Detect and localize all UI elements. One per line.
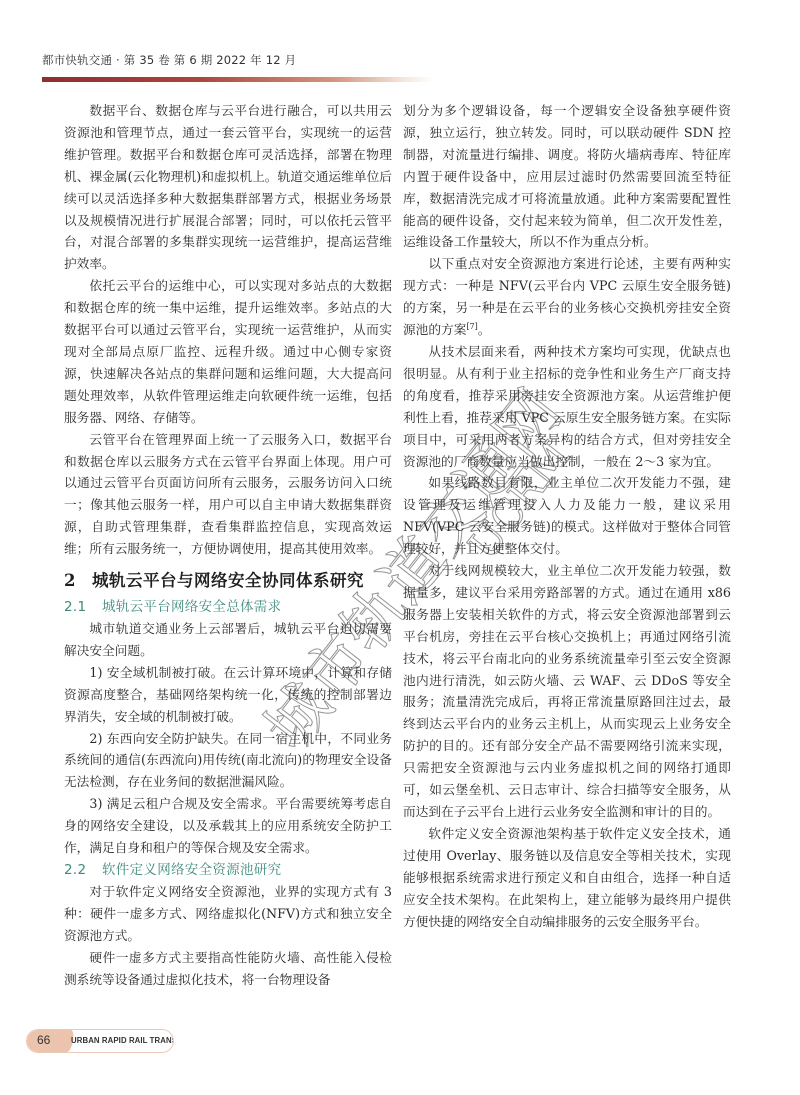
subsection-number: 2.2 [64,859,102,881]
paragraph: 从技术层面来看，两种技术方案均可实现，优缺点也很明显。从有利于业主招标的竞争性和… [403,341,731,472]
journal-name-en: URBAN RAPID RAIL TRANSIT [71,1030,174,1051]
subsection-title: 城轨云平台网络安全总体需求 [102,599,281,615]
running-head: 都市快轨交通 · 第 35 卷 第 6 期 2022 年 12 月 [42,52,296,68]
list-item: 1) 安全域机制被打破。在云计算环境中，计算和存储资源高度整合，基础网络架构统一… [64,662,392,728]
section-number: 2 [64,568,92,594]
subsection-heading-2-1: 2.1城轨云平台网络安全总体需求 [64,596,392,618]
paragraph: 硬件一虚多方式主要指高性能防火墙、高性能入侵检测系统等设备通过虚拟化技术，将一台… [64,947,392,991]
list-item: 2) 东西向安全防护缺失。在同一宿主机中，不同业务系统间的通信(东西流向)用传统… [64,728,392,794]
paragraph: 软件定义安全资源池架构基于软件定义安全技术，通过使用 Overlay、服务链以及… [403,823,731,933]
section-title: 城轨云平台与网络安全协同体系研究 [92,571,364,590]
paragraph: 云管平台在管理界面上统一了云服务入口，数据平台和数据仓库以云服务方式在云管平台界… [64,429,392,560]
paragraph: 依托云平台的运维中心，可以实现对多站点的大数据和数据仓库的统一集中运维，提升运维… [64,275,392,428]
section-heading-2: 2城轨云平台与网络安全协同体系研究 [64,568,392,594]
citation-ref[interactable]: [7] [466,322,477,331]
right-column: 划分为多个逻辑设备，每一个逻辑安全设备独享硬件资源，独立运行，独立转发。同时，可… [403,100,731,932]
paragraph: 对于软件定义网络安全资源池，业界的实现方式有 3 种：硬件一虚多方式、网络虚拟化… [64,881,392,947]
paragraph-continued: 划分为多个逻辑设备，每一个逻辑安全设备独享硬件资源，独立运行，独立转发。同时，可… [403,100,731,253]
list-item: 3) 满足云租户合规及安全需求。平台需要统筹考虑自身的网络安全建设，以及承载其上… [64,793,392,859]
subsection-heading-2-2: 2.2软件定义网络安全资源池研究 [64,859,392,881]
subsection-number: 2.1 [64,596,102,618]
page-number: 66 [27,1030,65,1052]
paragraph-end: 。 [478,322,491,337]
paragraph: 对于线网规模较大，业主单位二次开发能力较强，数据量多，建议平台采用旁路部署的方式… [403,560,731,823]
paragraph: 城市轨道交通业务上云部署后，城轨云平台迫切需要解决安全问题。 [64,618,392,662]
footer-page-badge: 66 URBAN RAPID RAIL TRANSIT [26,1029,174,1053]
paragraph: 如果线路数目有限，业主单位二次开发能力不强，建设管理及运维管理投入人力及能力一般… [403,472,731,560]
subsection-title: 软件定义网络安全资源池研究 [102,862,281,878]
left-column: 数据平台、数据仓库与云平台进行融合，可以共用云资源池和管理节点，通过一套云管平台… [64,100,392,991]
paragraph-text: 以下重点对安全资源池方案进行论述，主要有两种实现方式：一种是 NFV(云平台内 … [403,256,731,337]
paragraph: 数据平台、数据仓库与云平台进行融合，可以共用云资源池和管理节点，通过一套云管平台… [64,100,392,275]
paragraph: 以下重点对安全资源池方案进行论述，主要有两种实现方式：一种是 NFV(云平台内 … [403,253,731,341]
header-rule [42,77,434,82]
